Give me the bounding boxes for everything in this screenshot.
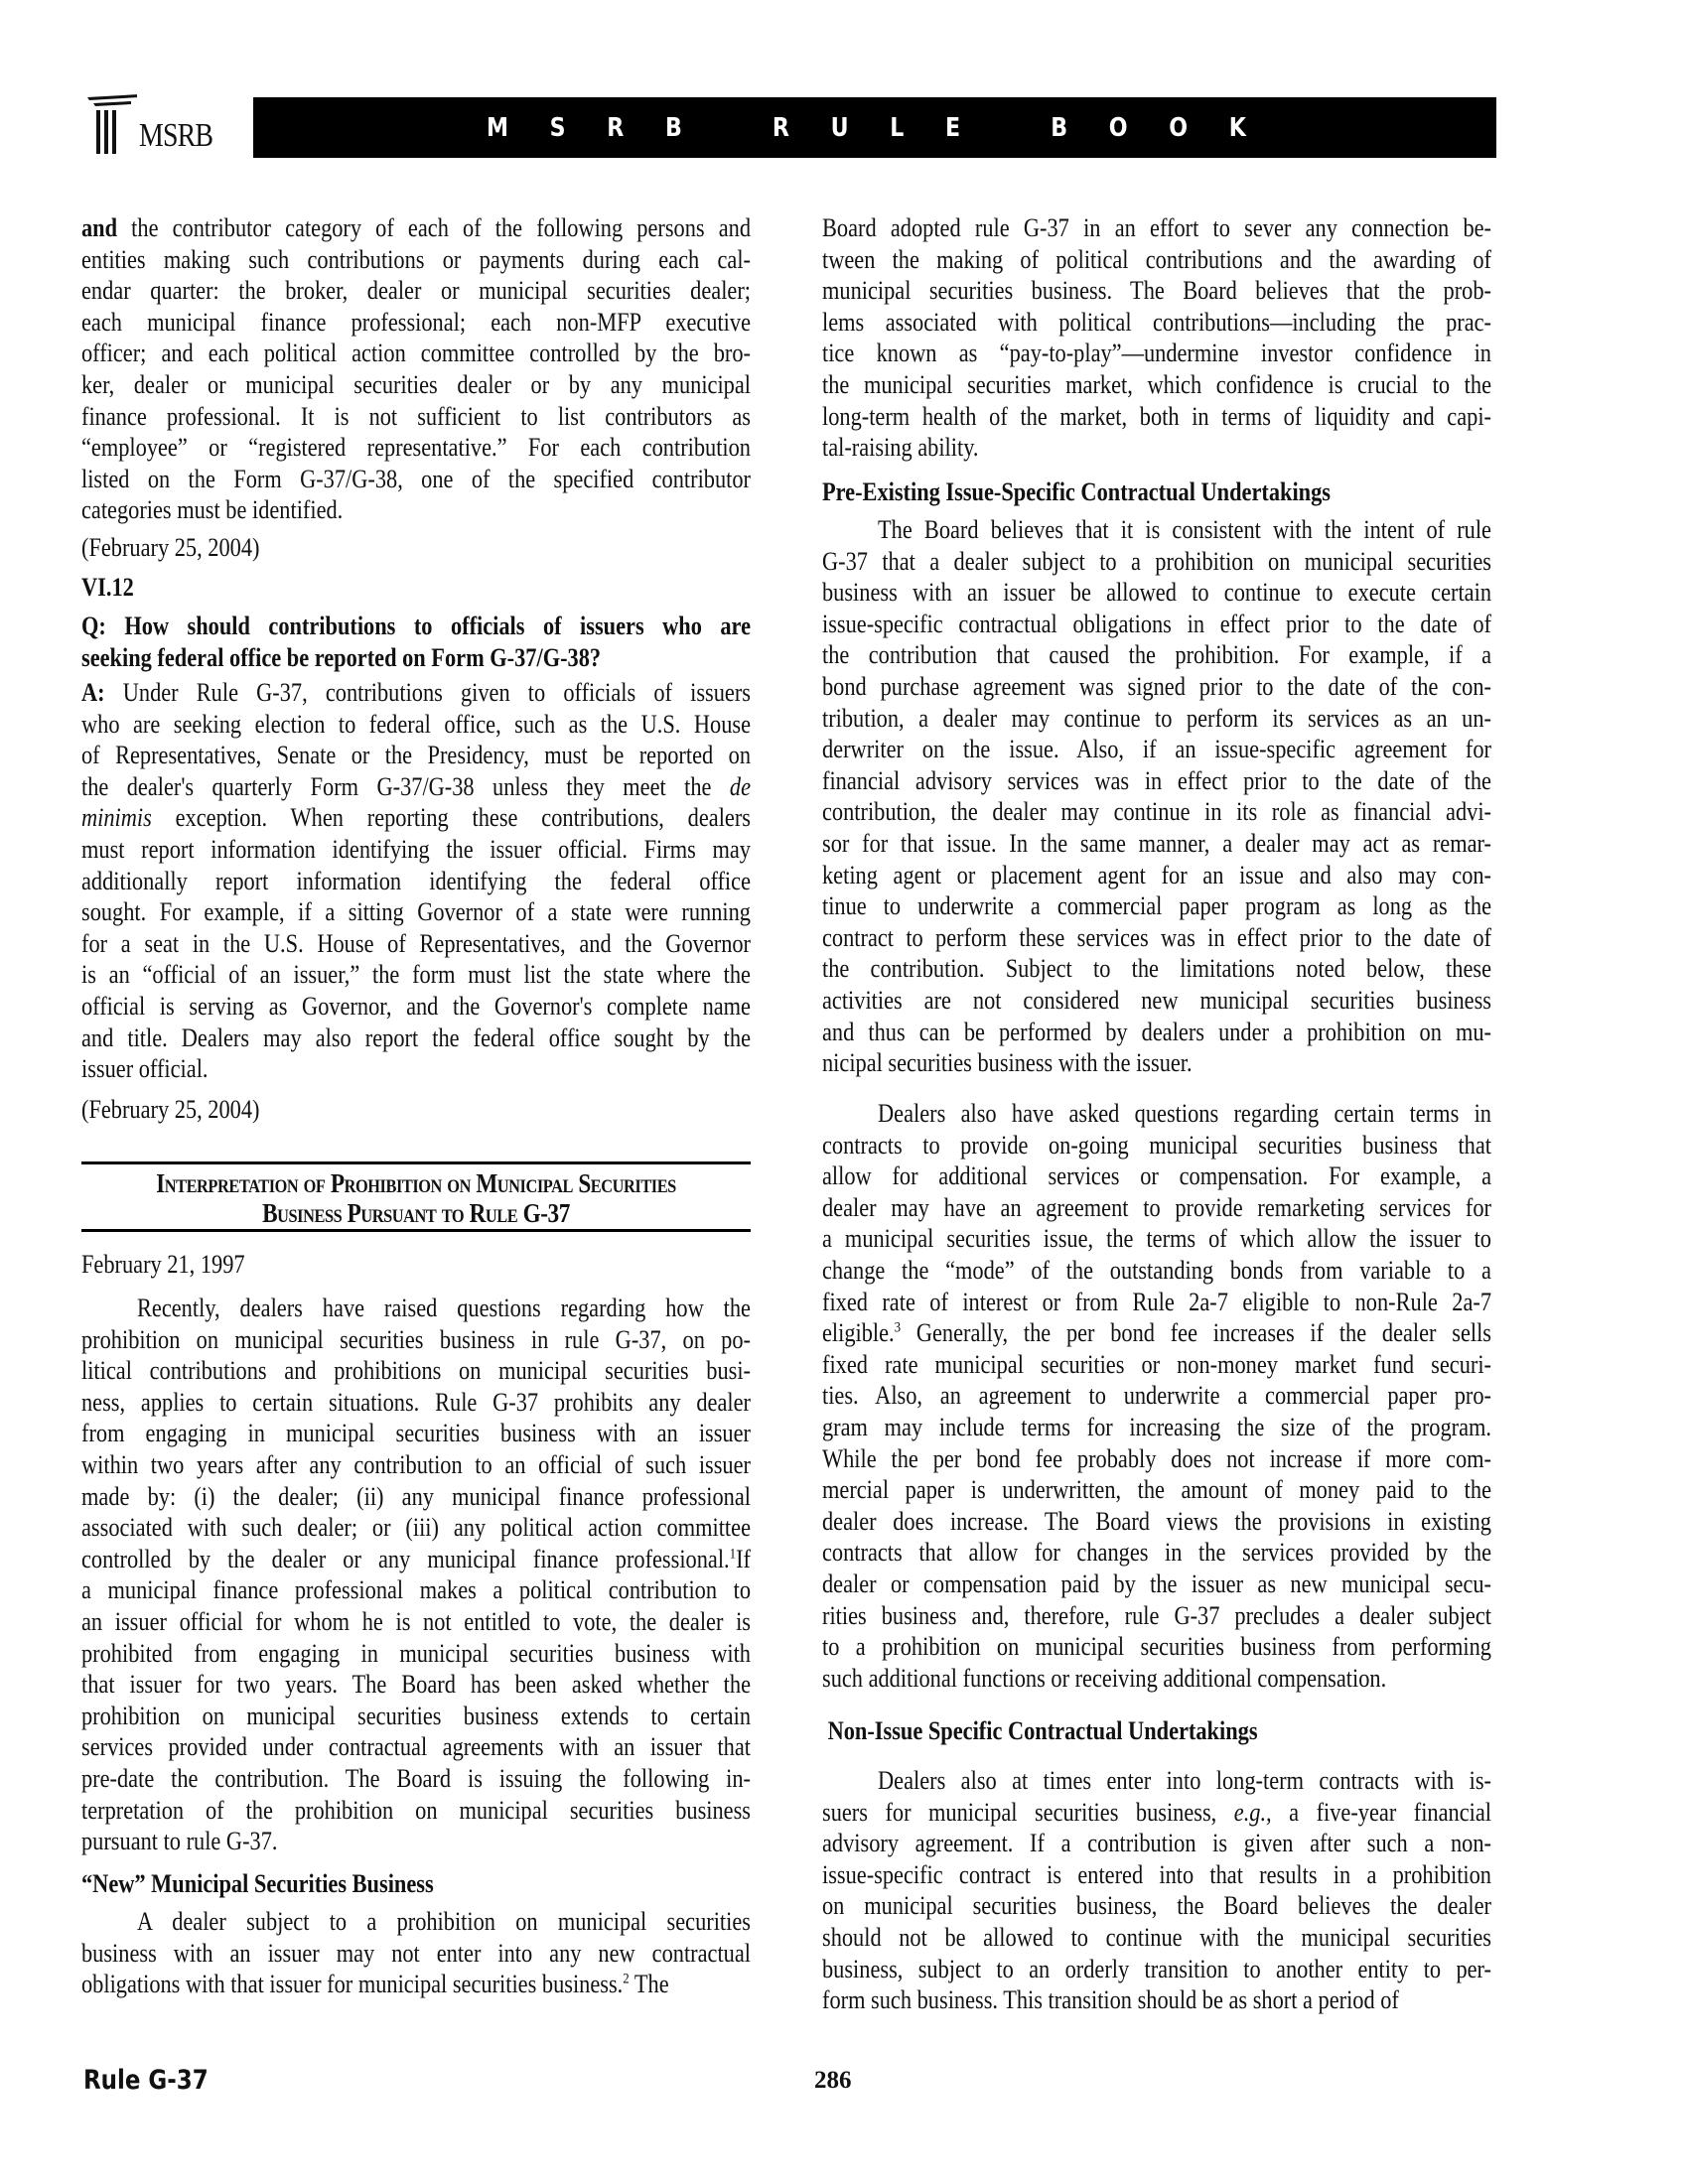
text-line: tribution, a dealer may continue to perf… bbox=[822, 703, 1491, 735]
text-line: minimis exception. When reporting these … bbox=[81, 802, 751, 834]
text-line: contracts to provide on-going municipal … bbox=[822, 1130, 1491, 1161]
line-text: the dealer's quarterly Form G-37/G-38 un… bbox=[81, 772, 730, 801]
text-line: obligations with that issuer for municip… bbox=[81, 1969, 751, 2000]
line-content: and title. Dealers may also report the f… bbox=[81, 1023, 751, 1054]
text-line: from engaging in municipal securities bu… bbox=[81, 1418, 751, 1449]
line-content: long-term health of the market, both in … bbox=[822, 401, 1491, 433]
line-content: business, subject to an orderly transiti… bbox=[822, 1954, 1491, 1985]
line-text: dealer or compensation paid by the issue… bbox=[822, 1570, 1491, 1598]
line-text: that issuer for two years. The Board has… bbox=[81, 1670, 751, 1699]
right-column: Board adopted rule G-37 in an effort to … bbox=[822, 0, 1491, 2184]
line-content: services provided under contractual agre… bbox=[81, 1731, 751, 1763]
line-text: terpretation of the prohibition on munic… bbox=[81, 1796, 751, 1825]
line-content: business with an issuer may not enter in… bbox=[81, 1938, 751, 1970]
line-text: tribution, a dealer may continue to perf… bbox=[822, 704, 1491, 733]
interpretation-heading-line: Business Pursuant to Rule G-37 bbox=[128, 1197, 704, 1229]
text-line: tal-raising ability. bbox=[822, 432, 1491, 464]
line-content: contracts to provide on-going municipal … bbox=[822, 1130, 1491, 1161]
line-text: Dealers also have asked questions regard… bbox=[878, 1099, 1491, 1128]
bold-lead: and bbox=[81, 213, 117, 242]
text-line: official is serving as Governor, and the… bbox=[81, 991, 751, 1023]
text-line: that issuer for two years. The Board has… bbox=[81, 1669, 751, 1701]
text-line: listed on the Form G-37/G-38, one of the… bbox=[81, 464, 751, 495]
line-text: dealer may have an agreement to provide … bbox=[822, 1193, 1491, 1222]
line-text: G-37 that a dealer subject to a prohibit… bbox=[822, 547, 1491, 576]
line-content: While the per bond fee probably does not… bbox=[822, 1443, 1491, 1475]
line-text: The Board believes that it is consistent… bbox=[878, 515, 1491, 544]
text-line: such additional functions or receiving a… bbox=[822, 1663, 1491, 1695]
text-line: keting agent or placement agent for an i… bbox=[822, 860, 1491, 891]
line-content: sought. For example, if a sitting Govern… bbox=[81, 896, 751, 928]
text-line: categories must be identified. bbox=[81, 494, 751, 526]
line-content: ness, applies to certain situations. Rul… bbox=[81, 1387, 751, 1419]
text-line: municipal securities business. The Board… bbox=[822, 275, 1491, 307]
line-content: associated with such dealer; or (iii) an… bbox=[81, 1512, 751, 1544]
line-content: the contribution that caused the prohibi… bbox=[822, 639, 1491, 671]
line-content: Dealers also at times enter into long-te… bbox=[878, 1765, 1491, 1797]
text-line: fixed rate of interest or from Rule 2a-7… bbox=[822, 1287, 1491, 1318]
line-content: tal-raising ability. bbox=[822, 432, 1488, 464]
footer-rule-label: Rule G-37 bbox=[83, 2065, 209, 2096]
line-content: listed on the Form G-37/G-38, one of the… bbox=[81, 464, 751, 495]
line-text-tail: If bbox=[736, 1545, 751, 1573]
line-content: “employee” or “registered representative… bbox=[81, 432, 751, 464]
line-text: ness, applies to certain situations. Rul… bbox=[81, 1388, 751, 1417]
line-text: form such business. This transition shou… bbox=[822, 1985, 1399, 2014]
line-content: each municipal finance professional; eac… bbox=[81, 307, 751, 339]
line-text: of Representatives, Senate or the Presid… bbox=[81, 741, 751, 769]
text-line: additionally report information identify… bbox=[81, 866, 751, 897]
line-content: to a prohibition on municipal securities… bbox=[822, 1631, 1491, 1663]
line-content: Pre-Existing Issue-Specific Contractual … bbox=[822, 477, 1488, 508]
line-text: Dealers also at times enter into long-te… bbox=[878, 1766, 1491, 1795]
line-text: for a seat in the U.S. House of Represen… bbox=[81, 929, 751, 958]
line-content: issuer official. bbox=[81, 1053, 748, 1085]
line-text: the contribution. Subject to the limitat… bbox=[822, 954, 1491, 983]
italic-term: de bbox=[730, 772, 751, 801]
line-text: fixed rate of interest or from Rule 2a-7… bbox=[822, 1288, 1491, 1316]
line-text: tinue to underwrite a commercial paper p… bbox=[822, 891, 1491, 920]
left-column: and the contributor category of each of … bbox=[81, 0, 751, 2184]
text-line: seeking federal office be reported on Fo… bbox=[81, 642, 751, 674]
text-line: an issuer official for whom he is not en… bbox=[81, 1606, 751, 1638]
line-content: business with an issuer be allowed to co… bbox=[822, 577, 1491, 609]
line-content: allow for additional services or compens… bbox=[822, 1160, 1491, 1192]
text-line: litical contributions and prohibitions o… bbox=[81, 1355, 751, 1387]
line-content: prohibition on municipal securities busi… bbox=[81, 1324, 751, 1356]
text-line: each municipal finance professional; eac… bbox=[81, 307, 751, 339]
line-content: and thus can be performed by dealers und… bbox=[822, 1017, 1491, 1048]
line-content: within two years after any contribution … bbox=[81, 1449, 751, 1481]
line-content: tinue to underwrite a commercial paper p… bbox=[822, 890, 1491, 922]
line-text: a municipal securities issue, the terms … bbox=[822, 1224, 1491, 1253]
line-content: rities business and, therefore, rule G-3… bbox=[822, 1600, 1491, 1632]
line-content: mercial paper is underwritten, the amoun… bbox=[822, 1474, 1491, 1506]
text-line: should not be allowed to continue with t… bbox=[822, 1922, 1491, 1954]
line-text: suers for municipal securities business, bbox=[822, 1798, 1234, 1827]
line-content: Q: How should contributions to officials… bbox=[81, 611, 751, 642]
line-content: from engaging in municipal securities bu… bbox=[81, 1418, 751, 1449]
text-line: gram may include terms for increasing th… bbox=[822, 1412, 1491, 1443]
line-text: ties. Also, an agreement to underwrite a… bbox=[822, 1381, 1491, 1410]
line-text: on municipal securities business, the Bo… bbox=[822, 1891, 1491, 1920]
line-text: business, subject to an orderly transiti… bbox=[822, 1955, 1491, 1983]
line-content: Board adopted rule G-37 in an effort to … bbox=[822, 212, 1491, 244]
line-text: rities business and, therefore, rule G-3… bbox=[822, 1601, 1491, 1630]
line-text: Board adopted rule G-37 in an effort to … bbox=[822, 213, 1491, 242]
text-line: the contribution that caused the prohibi… bbox=[822, 639, 1491, 671]
line-content: eligible.3 Generally, the per bond fee i… bbox=[822, 1317, 1491, 1349]
line-text: litical contributions and prohibitions o… bbox=[81, 1356, 751, 1385]
line-text: entities making such contributions or pa… bbox=[81, 245, 751, 274]
text-line: A dealer subject to a prohibition on mun… bbox=[81, 1906, 751, 1938]
line-content: endar quarter: the broker, dealer or mun… bbox=[81, 275, 751, 307]
text-line: the municipal securities market, which c… bbox=[822, 369, 1491, 401]
text-line: business, subject to an orderly transiti… bbox=[822, 1954, 1491, 1985]
line-text: prohibition on municipal securities busi… bbox=[81, 1702, 751, 1730]
line-text: endar quarter: the broker, dealer or mun… bbox=[81, 276, 751, 305]
text-line: “employee” or “registered representative… bbox=[81, 432, 751, 464]
text-line: financial advisory services was in effec… bbox=[822, 765, 1491, 797]
line-text: A dealer subject to a prohibition on mun… bbox=[137, 1907, 751, 1936]
line-text: financial advisory services was in effec… bbox=[822, 766, 1491, 795]
line-text: advisory agreement. If a contribution is… bbox=[822, 1829, 1491, 1857]
text-line: within two years after any contribution … bbox=[81, 1449, 751, 1481]
line-content: dealer may have an agreement to provide … bbox=[822, 1192, 1491, 1224]
text-line: and thus can be performed by dealers und… bbox=[822, 1017, 1491, 1048]
line-content: tribution, a dealer may continue to perf… bbox=[822, 703, 1491, 735]
line-content: The Board believes that it is consistent… bbox=[878, 514, 1491, 546]
line-content: an issuer official for whom he is not en… bbox=[81, 1606, 751, 1638]
text-line: sor for that issue. In the same manner, … bbox=[822, 828, 1491, 860]
text-line: allow for additional services or compens… bbox=[822, 1160, 1491, 1192]
line-text: who are seeking election to federal offi… bbox=[81, 710, 751, 739]
text-line: mercial paper is underwritten, the amoun… bbox=[822, 1474, 1491, 1506]
line-content: Recently, dealers have raised questions … bbox=[137, 1293, 751, 1324]
line-content: dealer or compensation paid by the issue… bbox=[822, 1569, 1491, 1600]
italic-term: e.g., bbox=[1234, 1798, 1272, 1827]
text-line: must report information identifying the … bbox=[81, 834, 751, 866]
line-text-tail: The bbox=[630, 1970, 669, 1998]
line-content: made by: (i) the dealer; (ii) any munici… bbox=[81, 1481, 751, 1513]
line-text: obligations with that issuer for municip… bbox=[81, 1970, 623, 1998]
line-text: from engaging in municipal securities bu… bbox=[81, 1419, 751, 1447]
line-text: Under Rule G-37, contributions given to … bbox=[105, 678, 751, 707]
text-line: (February 25, 2004) bbox=[81, 1094, 751, 1126]
text-line: A: Under Rule G-37, contributions given … bbox=[81, 677, 751, 709]
text-line: G-37 that a dealer subject to a prohibit… bbox=[822, 546, 1491, 578]
line-text: issue-specific contract is entered into … bbox=[822, 1860, 1491, 1889]
italic-term: minimis bbox=[81, 803, 152, 832]
line-content: obligations with that issuer for municip… bbox=[81, 1969, 748, 2000]
line-content: must report information identifying the … bbox=[81, 834, 751, 866]
line-text: a municipal finance professional makes a… bbox=[81, 1575, 751, 1604]
line-content: Dealers also have asked questions regard… bbox=[878, 1098, 1491, 1130]
line-content: dealer does increase. The Board views th… bbox=[822, 1506, 1491, 1538]
line-text: finance professional. It is not sufficie… bbox=[81, 402, 751, 431]
line-content: additionally report information identify… bbox=[81, 866, 751, 897]
line-text: to a prohibition on municipal securities… bbox=[822, 1632, 1491, 1661]
text-line: dealer or compensation paid by the issue… bbox=[822, 1569, 1491, 1600]
interpretation-heading-line: Interpretation of Prohibition on Municip… bbox=[128, 1167, 704, 1199]
line-content: minimis exception. When reporting these … bbox=[81, 802, 751, 834]
line-text: the municipal securities market, which c… bbox=[822, 370, 1491, 399]
line-text: within two years after any contribution … bbox=[81, 1450, 751, 1479]
line-text: dealer does increase. The Board views th… bbox=[822, 1507, 1491, 1536]
line-content: keting agent or placement agent for an i… bbox=[822, 860, 1491, 891]
line-content: a municipal finance professional makes a… bbox=[81, 1574, 751, 1606]
line-content: February 21, 1997 bbox=[81, 1249, 748, 1281]
text-line: suers for municipal securities business,… bbox=[822, 1797, 1491, 1829]
line-content: categories must be identified. bbox=[81, 494, 748, 526]
heading-rule-top bbox=[81, 1161, 751, 1164]
line-content: fixed rate municipal securities or non-m… bbox=[822, 1349, 1491, 1381]
text-line: ties. Also, an agreement to underwrite a… bbox=[822, 1380, 1491, 1412]
text-line: issue-specific contractual obligations i… bbox=[822, 609, 1491, 640]
line-text: activities are not considered new munici… bbox=[822, 986, 1491, 1015]
text-line: business with an issuer may not enter in… bbox=[81, 1938, 751, 1970]
text-line: is an “official of an issuer,” the form … bbox=[81, 959, 751, 991]
line-content: who are seeking election to federal offi… bbox=[81, 709, 751, 741]
line-text: contracts that allow for changes in the … bbox=[822, 1538, 1491, 1567]
line-content: official is serving as Governor, and the… bbox=[81, 991, 751, 1023]
text-line: tinue to underwrite a commercial paper p… bbox=[822, 890, 1491, 922]
line-content: prohibition on municipal securities busi… bbox=[81, 1701, 751, 1732]
text-line: of Representatives, Senate or the Presid… bbox=[81, 740, 751, 771]
text-line: advisory agreement. If a contribution is… bbox=[822, 1828, 1491, 1859]
line-text: tal-raising ability. bbox=[822, 433, 979, 462]
text-line: finance professional. It is not sufficie… bbox=[81, 401, 751, 433]
line-text: contract to perform these services was i… bbox=[822, 923, 1491, 952]
text-line: entities making such contributions or pa… bbox=[81, 244, 751, 276]
text-line: the dealer's quarterly Form G-37/G-38 un… bbox=[81, 771, 751, 803]
line-content: should not be allowed to continue with t… bbox=[822, 1922, 1491, 1954]
line-text-tail: a five-year financial bbox=[1272, 1798, 1491, 1827]
text-line: pre-date the contribution. The Board is … bbox=[81, 1763, 751, 1795]
text-line: controlled by the dealer or any municipa… bbox=[81, 1544, 751, 1575]
line-content: for a seat in the U.S. House of Represen… bbox=[81, 928, 751, 960]
line-text: prohibition on municipal securities busi… bbox=[81, 1325, 751, 1354]
text-line: Recently, dealers have raised questions … bbox=[81, 1293, 751, 1324]
line-content: litical contributions and prohibitions o… bbox=[81, 1355, 751, 1387]
line-text-tail: Generally, the per bond fee increases if… bbox=[901, 1318, 1491, 1347]
line-text: While the per bond fee probably does not… bbox=[822, 1444, 1491, 1473]
line-text: nicipal securities business with the iss… bbox=[822, 1048, 1193, 1077]
text-line: officer; and each political action commi… bbox=[81, 338, 751, 369]
line-content: a municipal securities issue, the terms … bbox=[822, 1223, 1491, 1255]
text-line: change the “mode” of the outstanding bon… bbox=[822, 1255, 1491, 1287]
text-line: a municipal securities issue, the terms … bbox=[822, 1223, 1491, 1255]
text-line: ker, dealer or municipal securities deal… bbox=[81, 369, 751, 401]
text-line: Dealers also at times enter into long-te… bbox=[822, 1765, 1491, 1797]
text-line: issuer official. bbox=[81, 1053, 751, 1085]
line-content: pre-date the contribution. The Board is … bbox=[81, 1763, 751, 1795]
line-content: fixed rate of interest or from Rule 2a-7… bbox=[822, 1287, 1491, 1318]
line-content: ker, dealer or municipal securities deal… bbox=[81, 369, 751, 401]
line-content: activities are not considered new munici… bbox=[822, 985, 1491, 1017]
line-text: controlled by the dealer or any municipa… bbox=[81, 1545, 730, 1573]
text-line: services provided under contractual agre… bbox=[81, 1731, 751, 1763]
text-line: Board adopted rule G-37 in an effort to … bbox=[822, 212, 1491, 244]
line-text: contracts to provide on-going municipal … bbox=[822, 1131, 1491, 1160]
text-line: long-term health of the market, both in … bbox=[822, 401, 1491, 433]
text-line: associated with such dealer; or (iii) an… bbox=[81, 1512, 751, 1544]
text-line: Pre-Existing Issue-Specific Contractual … bbox=[822, 477, 1491, 508]
line-text: official is serving as Governor, and the… bbox=[81, 992, 751, 1021]
text-line: who are seeking election to federal offi… bbox=[81, 709, 751, 741]
line-content: financial advisory services was in effec… bbox=[822, 765, 1491, 797]
line-text: made by: (i) the dealer; (ii) any munici… bbox=[81, 1482, 751, 1511]
line-text: additionally report information identify… bbox=[81, 867, 751, 895]
line-text: listed on the Form G-37/G-38, one of the… bbox=[81, 465, 751, 493]
line-text: derwriter on the issue. Also, if an issu… bbox=[822, 735, 1491, 763]
line-content: (February 25, 2004) bbox=[81, 1094, 748, 1126]
line-content: controlled by the dealer or any municipa… bbox=[81, 1544, 751, 1575]
text-line: contracts that allow for changes in the … bbox=[822, 1537, 1491, 1569]
text-line: business with an issuer be allowed to co… bbox=[822, 577, 1491, 609]
line-text: associated with such dealer; or (iii) an… bbox=[81, 1513, 751, 1542]
line-text: long-term health of the market, both in … bbox=[822, 402, 1491, 431]
line-text: categories must be identified. bbox=[81, 495, 343, 524]
line-text: fixed rate municipal securities or non-m… bbox=[822, 1350, 1491, 1379]
line-content: officer; and each political action commi… bbox=[81, 338, 751, 369]
line-text: the contributor category of each of the … bbox=[117, 213, 751, 242]
line-content: the dealer's quarterly Form G-37/G-38 un… bbox=[81, 771, 751, 803]
line-text: sor for that issue. In the same manner, … bbox=[822, 829, 1491, 858]
text-line: eligible.3 Generally, the per bond fee i… bbox=[822, 1317, 1491, 1349]
line-text: municipal securities business. The Board… bbox=[822, 276, 1491, 305]
line-content: suers for municipal securities business,… bbox=[822, 1797, 1491, 1829]
line-content: G-37 that a dealer subject to a prohibit… bbox=[822, 546, 1491, 578]
line-content: of Representatives, Senate or the Presid… bbox=[81, 740, 751, 771]
text-line: bond purchase agreement was signed prior… bbox=[822, 671, 1491, 703]
text-line: “New” Municipal Securities Business bbox=[81, 1868, 751, 1900]
line-content: municipal securities business. The Board… bbox=[822, 275, 1491, 307]
line-content: the municipal securities market, which c… bbox=[822, 369, 1491, 401]
line-content: (February 25, 2004) bbox=[81, 532, 748, 564]
text-line: on municipal securities business, the Bo… bbox=[822, 1890, 1491, 1922]
line-text: issuer official. bbox=[81, 1054, 209, 1083]
line-content: prohibited from engaging in municipal se… bbox=[81, 1638, 751, 1670]
line-text: change the “mode” of the outstanding bon… bbox=[822, 1256, 1491, 1285]
line-text: lems associated with political contribut… bbox=[822, 308, 1491, 337]
text-line: and the contributor category of each of … bbox=[81, 212, 751, 244]
line-text: prohibited from engaging in municipal se… bbox=[81, 1639, 751, 1668]
text-line: prohibited from engaging in municipal se… bbox=[81, 1638, 751, 1670]
line-content: contracts that allow for changes in the … bbox=[822, 1537, 1491, 1569]
line-content: “New” Municipal Securities Business bbox=[81, 1868, 748, 1900]
line-text: sought. For example, if a sitting Govern… bbox=[81, 897, 751, 926]
line-content: contribution, the dealer may continue in… bbox=[822, 796, 1491, 828]
text-line: Non-Issue Specific Contractual Undertaki… bbox=[822, 1715, 1491, 1747]
bold-lead: A: bbox=[81, 678, 105, 707]
text-line: The Board believes that it is consistent… bbox=[822, 514, 1491, 546]
line-content: advisory agreement. If a contribution is… bbox=[822, 1828, 1491, 1859]
line-content: ties. Also, an agreement to underwrite a… bbox=[822, 1380, 1491, 1412]
line-content: entities making such contributions or pa… bbox=[81, 244, 751, 276]
text-line: prohibition on municipal securities busi… bbox=[81, 1324, 751, 1356]
line-text: eligible. bbox=[822, 1318, 895, 1347]
text-line: February 21, 1997 bbox=[81, 1249, 751, 1281]
text-line: tween the making of political contributi… bbox=[822, 244, 1491, 276]
line-text: business with an issuer may not enter in… bbox=[81, 1939, 751, 1968]
text-line: to a prohibition on municipal securities… bbox=[822, 1631, 1491, 1663]
text-line: fixed rate municipal securities or non-m… bbox=[822, 1349, 1491, 1381]
text-line: terpretation of the prohibition on munic… bbox=[81, 1795, 751, 1827]
text-line: issue-specific contract is entered into … bbox=[822, 1859, 1491, 1891]
text-line: nicipal securities business with the iss… bbox=[822, 1047, 1491, 1079]
line-content: terpretation of the prohibition on munic… bbox=[81, 1795, 751, 1827]
text-line: tice known as “pay-to-play”—undermine in… bbox=[822, 338, 1491, 369]
line-content: is an “official of an issuer,” the form … bbox=[81, 959, 751, 991]
line-text: an issuer official for whom he is not en… bbox=[81, 1607, 751, 1636]
line-content: VI.12 bbox=[81, 572, 748, 604]
line-content: A dealer subject to a prohibition on mun… bbox=[137, 1906, 751, 1938]
text-line: a municipal finance professional makes a… bbox=[81, 1574, 751, 1606]
line-text: business with an issuer be allowed to co… bbox=[822, 578, 1491, 607]
text-line: Dealers also have asked questions regard… bbox=[822, 1098, 1491, 1130]
line-text: tween the making of political contributi… bbox=[822, 245, 1491, 274]
text-line: dealer does increase. The Board views th… bbox=[822, 1506, 1491, 1538]
line-content: form such business. This transition shou… bbox=[822, 1984, 1488, 2016]
text-line: VI.12 bbox=[81, 572, 751, 604]
line-content: bond purchase agreement was signed prior… bbox=[822, 671, 1491, 703]
line-text: should not be allowed to continue with t… bbox=[822, 1923, 1491, 1952]
text-line: the contribution. Subject to the limitat… bbox=[822, 953, 1491, 985]
line-content: nicipal securities business with the iss… bbox=[822, 1047, 1488, 1079]
text-line: form such business. This transition shou… bbox=[822, 1984, 1491, 2016]
line-text: “employee” or “registered representative… bbox=[81, 433, 751, 462]
line-text: allow for additional services or compens… bbox=[822, 1161, 1491, 1190]
line-content: change the “mode” of the outstanding bon… bbox=[822, 1255, 1491, 1287]
line-text: mercial paper is underwritten, the amoun… bbox=[822, 1475, 1491, 1504]
line-text: pre-date the contribution. The Board is … bbox=[81, 1764, 751, 1793]
text-line: made by: (i) the dealer; (ii) any munici… bbox=[81, 1481, 751, 1513]
line-content: contract to perform these services was i… bbox=[822, 922, 1491, 954]
text-line: prohibition on municipal securities busi… bbox=[81, 1701, 751, 1732]
footer-page-number: 286 bbox=[814, 2067, 852, 2095]
line-text: tice known as “pay-to-play”—undermine in… bbox=[822, 339, 1491, 367]
line-content: pursuant to rule G-37. bbox=[81, 1826, 748, 1857]
line-text: contribution, the dealer may continue in… bbox=[822, 797, 1491, 826]
line-text: services provided under contractual agre… bbox=[81, 1732, 751, 1761]
line-content: A: Under Rule G-37, contributions given … bbox=[81, 677, 751, 709]
line-text: and thus can be performed by dealers und… bbox=[822, 1018, 1491, 1046]
line-content: issue-specific contractual obligations i… bbox=[822, 609, 1491, 640]
line-text: is an “official of an issuer,” the form … bbox=[81, 960, 751, 989]
line-text: exception. When reporting these contribu… bbox=[152, 803, 751, 832]
line-content: finance professional. It is not sufficie… bbox=[81, 401, 751, 433]
line-content: sor for that issue. In the same manner, … bbox=[822, 828, 1491, 860]
line-content: issue-specific contract is entered into … bbox=[822, 1859, 1491, 1891]
line-text: bond purchase agreement was signed prior… bbox=[822, 672, 1491, 701]
line-content: seeking federal office be reported on Fo… bbox=[81, 642, 748, 674]
text-line: for a seat in the U.S. House of Represen… bbox=[81, 928, 751, 960]
line-content: that issuer for two years. The Board has… bbox=[81, 1669, 751, 1701]
text-line: (February 25, 2004) bbox=[81, 532, 751, 564]
line-content: lems associated with political contribut… bbox=[822, 307, 1491, 339]
text-line: derwriter on the issue. Also, if an issu… bbox=[822, 734, 1491, 765]
text-line: dealer may have an agreement to provide … bbox=[822, 1192, 1491, 1224]
line-text: pursuant to rule G-37. bbox=[81, 1827, 277, 1855]
line-text: gram may include terms for increasing th… bbox=[822, 1413, 1491, 1441]
text-line: rities business and, therefore, rule G-3… bbox=[822, 1600, 1491, 1632]
line-content: and the contributor category of each of … bbox=[81, 212, 751, 244]
line-content: on municipal securities business, the Bo… bbox=[822, 1890, 1491, 1922]
line-content: the contribution. Subject to the limitat… bbox=[822, 953, 1491, 985]
line-content: tween the making of political contributi… bbox=[822, 244, 1491, 276]
text-line: endar quarter: the broker, dealer or mun… bbox=[81, 275, 751, 307]
